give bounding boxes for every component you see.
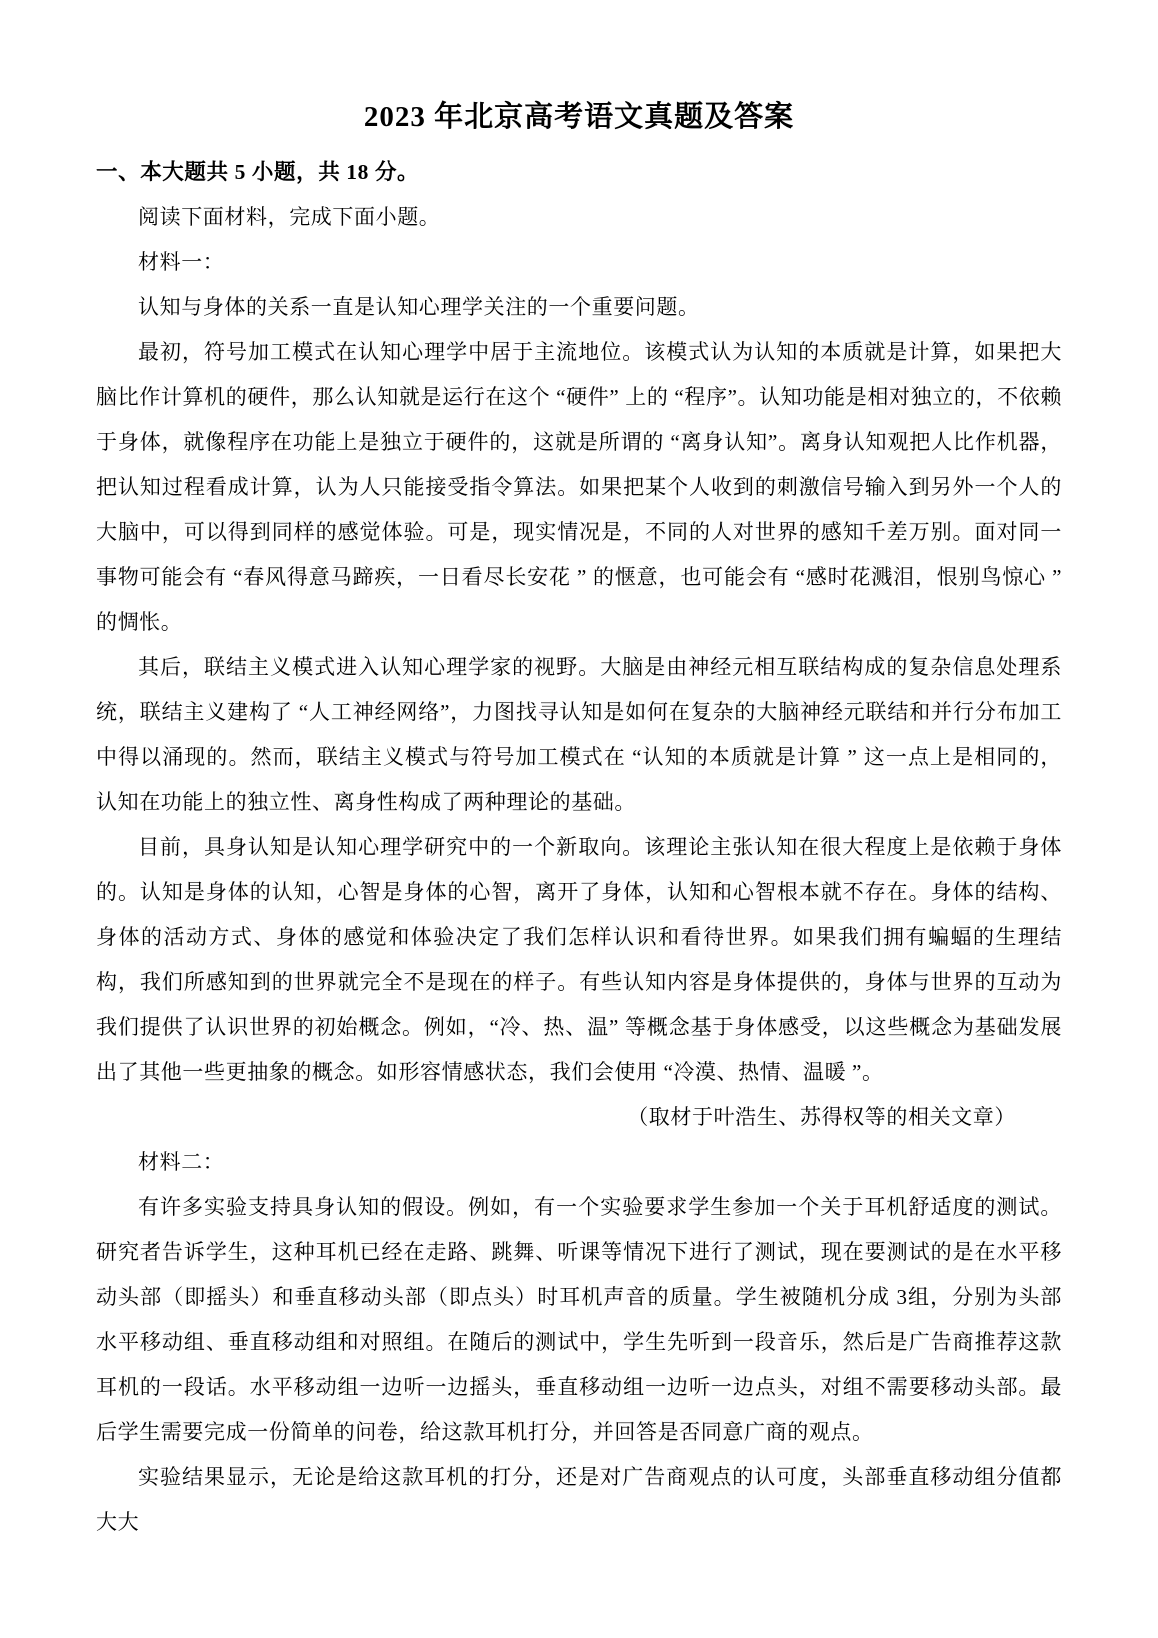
document-paragraphs: 阅读下面材料，完成下面小题。材料一：认知与身体的关系一直是认知心理学关注的一个重… (96, 195, 1062, 1545)
paragraph: （取材于叶浩生、苏得权等的相关文章） (96, 1095, 1062, 1140)
paragraph: 目前，具身认知是认知心理学研究中的一个新取向。该理论主张认知在很大程度上是依赖于… (96, 825, 1062, 1095)
document-content: 2023 年北京高考语文真题及答案 一、本大题共 5 小题，共 18 分。 阅读… (0, 0, 1158, 1545)
paragraph: 实验结果显示，无论是给这款耳机的打分，还是对广告商观点的认可度，头部垂直移动组分… (96, 1455, 1062, 1545)
paragraph: 其后，联结主义模式进入认知心理学家的视野。大脑是由神经元相互联结构成的复杂信息处… (96, 645, 1062, 825)
paragraph: 材料一： (96, 240, 1062, 285)
paragraph: 材料二： (96, 1140, 1062, 1185)
paragraph: 阅读下面材料，完成下面小题。 (96, 195, 1062, 240)
exam-document-page: 2023 年北京高考语文真题及答案 一、本大题共 5 小题，共 18 分。 阅读… (0, 0, 1158, 1638)
paragraph: 最初，符号加工模式在认知心理学中居于主流地位。该模式认为认知的本质就是计算，如果… (96, 330, 1062, 645)
section-heading: 一、本大题共 5 小题，共 18 分。 (96, 150, 1062, 195)
page-title: 2023 年北京高考语文真题及答案 (96, 96, 1062, 138)
paragraph: 认知与身体的关系一直是认知心理学关注的一个重要问题。 (96, 285, 1062, 330)
paragraph: 有许多实验支持具身认知的假设。例如，有一个实验要求学生参加一个关于耳机舒适度的测… (96, 1185, 1062, 1455)
